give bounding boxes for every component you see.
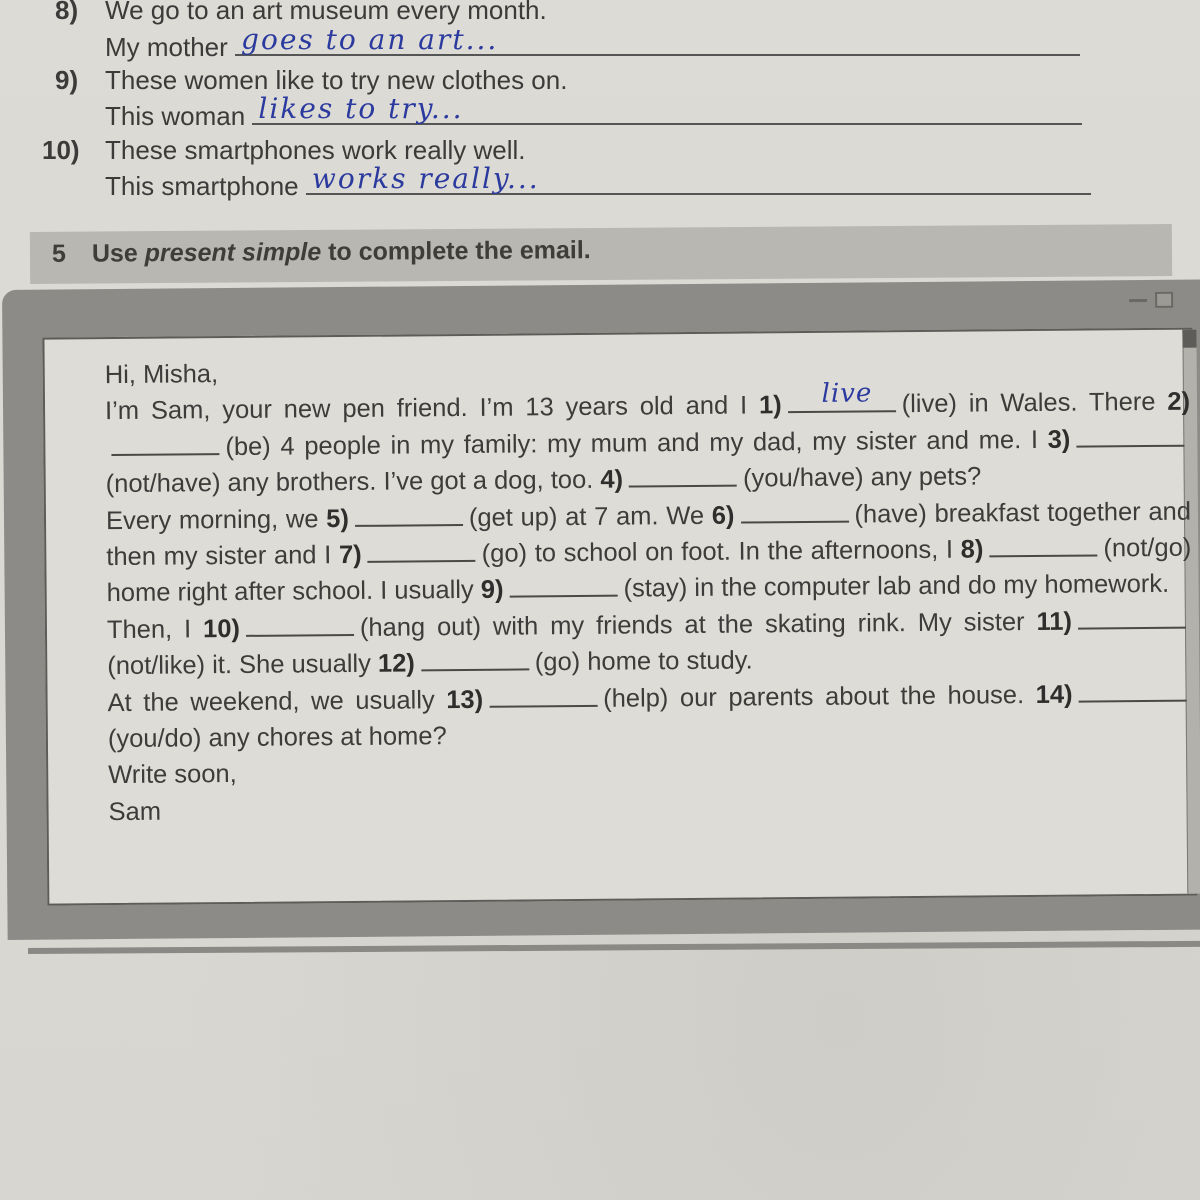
gap-number: 5): [326, 505, 349, 533]
email-text-run: home to study.: [580, 647, 753, 677]
answer-field-10[interactable]: works really...: [306, 169, 1091, 195]
gap-number: 14): [1036, 680, 1073, 708]
item-number: 10): [42, 134, 105, 166]
answer-line-8: My mother goes to an art...: [105, 30, 1080, 63]
email-text-run: Every morning, we: [106, 505, 326, 535]
gap-number: 7): [339, 541, 362, 569]
instruction-post: to complete the email.: [328, 236, 591, 266]
gap-answer-field[interactable]: live: [788, 391, 896, 414]
gap-verb-hint: (stay): [623, 574, 687, 603]
email-paragraph-4: At the weekend, we usually 13)(help) our…: [107, 675, 1193, 757]
answer-field-8[interactable]: goes to an art...: [235, 30, 1080, 56]
gap-number: 6): [712, 501, 735, 529]
email-text-run: at 7 am. We: [557, 501, 712, 530]
gap-verb-hint: (go): [482, 539, 528, 567]
gap-number: 10): [203, 615, 240, 643]
email-text-run: in the computer lab and do my homework.: [687, 570, 1169, 602]
email-text-run: any chores at home?: [201, 722, 446, 752]
email-window: Hi, Misha, I’m Sam, your new pen friend.…: [2, 279, 1200, 940]
worksheet-page: 8)We go to an art museum every month. My…: [0, 0, 1200, 1200]
gap-answer-field[interactable]: [989, 534, 1097, 557]
answer-field-9[interactable]: likes to try...: [252, 99, 1082, 125]
window-titlebar: [2, 279, 1200, 332]
gap-answer-field[interactable]: [509, 575, 617, 598]
gap-verb-hint: (live): [902, 390, 957, 418]
gap-verb-hint: (go): [535, 648, 581, 676]
maximize-icon[interactable]: [1155, 292, 1173, 308]
email-text-run: home right after school. I usually: [107, 576, 481, 607]
email-text-run: Then, I: [107, 615, 203, 644]
gap-number: 3): [1048, 425, 1071, 453]
gap-answer-field[interactable]: [111, 433, 219, 456]
instruction-emphasis: present simple: [145, 238, 322, 267]
handwritten-answer: works really...: [312, 163, 540, 195]
item-number: 9): [55, 64, 105, 96]
handwritten-answer: goes to an art...: [241, 24, 498, 56]
gap-verb-hint: (not/like): [107, 651, 205, 680]
gap-number: 4): [600, 466, 623, 494]
email-text-run: in Wales. There: [957, 388, 1168, 418]
gap-answer-field[interactable]: [1076, 425, 1184, 448]
gap-answer-field[interactable]: [421, 649, 529, 672]
minimize-icon[interactable]: [1129, 292, 1147, 302]
gap-number: 9): [481, 576, 504, 604]
email-text-run: 4 people in my family: my mum and my dad…: [271, 426, 1048, 461]
email-paragraph-2: Every morning, we 5)(get up) at 7 am. We…: [106, 493, 1192, 612]
email-text-run: it. She usually: [205, 650, 378, 680]
gap-number: 13): [446, 685, 483, 713]
gap-answer-field[interactable]: [1078, 607, 1186, 630]
gap-answer-field[interactable]: [489, 684, 597, 707]
email-text-run: I’m Sam, your new pen friend. I’m 13 yea…: [105, 392, 759, 426]
email-body: Hi, Misha, I’m Sam, your new pen friend.…: [42, 328, 1197, 906]
email-text-run: our parents about the house.: [668, 681, 1036, 712]
email-text: Hi, Misha, I’m Sam, your new pen friend.…: [105, 348, 1194, 831]
email-text-run: any brothers. I’ve got a dog, too.: [220, 466, 600, 497]
gap-number: 12): [378, 650, 415, 678]
section-heading: 5Use present simple to complete the emai…: [52, 236, 591, 269]
gap-answer-field[interactable]: [246, 614, 354, 637]
answer-line-10: This smartphone works really...: [105, 169, 1091, 202]
handwritten-answer: live: [821, 375, 872, 412]
gap-verb-hint: (get up): [469, 503, 558, 532]
divider-rule: [28, 941, 1200, 954]
answer-lead: This woman: [105, 100, 245, 132]
gap-verb-hint: (not/go): [1103, 534, 1191, 563]
answer-lead: My mother: [105, 31, 228, 63]
gap-number: 11): [1036, 608, 1072, 636]
answer-lead: This smartphone: [105, 170, 299, 202]
gap-verb-hint: (hang out): [360, 613, 481, 642]
email-text-run: At the weekend, we usually: [107, 686, 446, 717]
item-number: 8): [55, 0, 105, 26]
gap-answer-field[interactable]: [1078, 679, 1186, 702]
gap-answer-field[interactable]: [368, 540, 476, 563]
gap-verb-hint: (you/do): [108, 724, 202, 753]
gap-verb-hint: (be): [225, 432, 271, 460]
email-text-run: any pets?: [863, 463, 981, 492]
gap-verb-hint: (not/have): [106, 469, 221, 498]
email-text-run: to school on foot. In the afternoons, I: [527, 536, 961, 568]
gap-number: 2): [1167, 388, 1190, 416]
gap-verb-hint: (have): [854, 500, 927, 529]
email-text-run: with my friends at the skating rink. My …: [481, 608, 1037, 641]
email-paragraph-1: I’m Sam, your new pen friend. I’m 13 yea…: [105, 384, 1191, 503]
gap-answer-field[interactable]: [740, 500, 848, 523]
gap-number: 8): [961, 535, 984, 563]
gap-number: 1): [759, 392, 782, 420]
answer-line-9: This woman likes to try...: [105, 99, 1082, 132]
section-number: 5: [52, 240, 66, 268]
handwritten-answer: likes to try...: [258, 93, 463, 125]
gap-answer-field[interactable]: [629, 465, 737, 488]
gap-verb-hint: (you/have): [743, 464, 864, 493]
email-paragraph-3: Then, I 10)(hang out) with my friends at…: [107, 602, 1193, 684]
gap-answer-field[interactable]: [355, 504, 463, 527]
instruction-pre: Use: [92, 239, 138, 267]
gap-verb-hint: (help): [603, 684, 668, 713]
scroll-up-arrow-icon[interactable]: [1182, 330, 1196, 348]
